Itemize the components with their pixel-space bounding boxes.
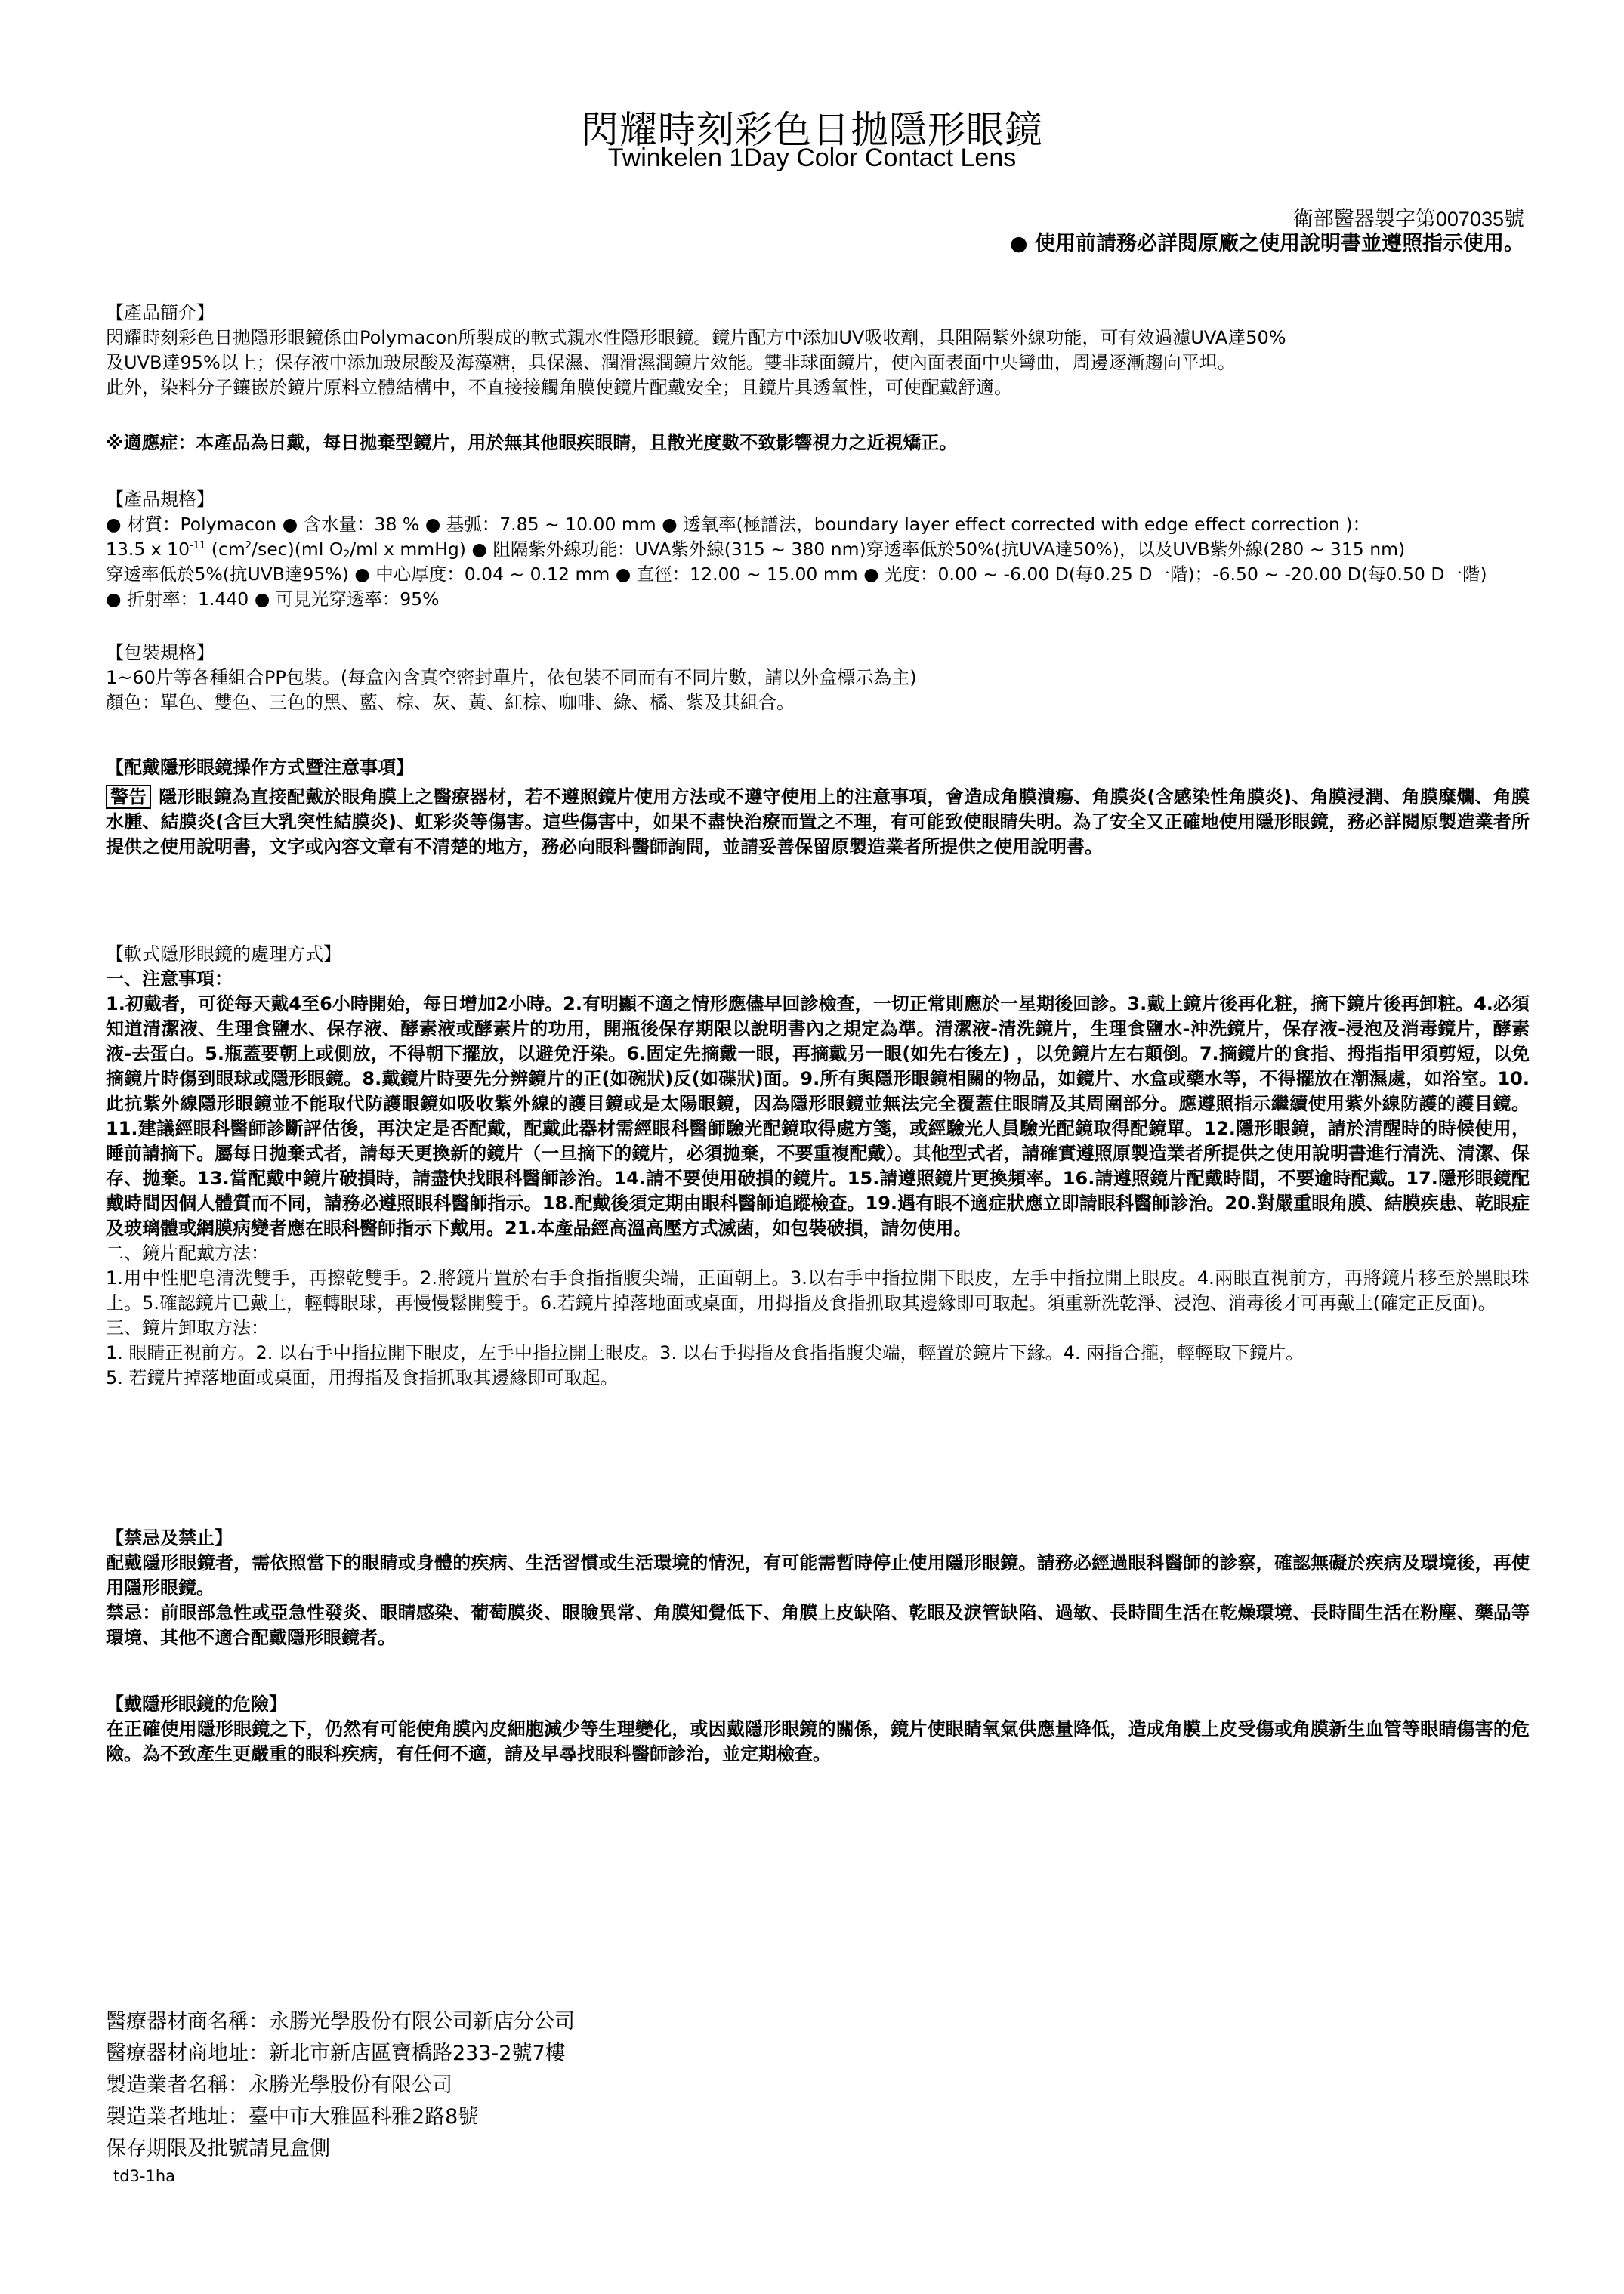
spec-line-2: 13.5 x 10-11 (cm2/sec)(ml O2/ml x mmHg) …: [106, 537, 1530, 562]
wearing-text: 1.用中性肥皂清洗雙手，再擦乾雙手。2.將鏡片置於右手食指指腹尖端，正面朝上。3…: [106, 1266, 1530, 1316]
contraindications-heading: 【禁忌及禁止】: [106, 1526, 1530, 1551]
risks-heading: 【戴隱形眼鏡的危險】: [106, 1692, 1530, 1717]
product-title-en: Twinkelen 1Day Color Contact Lens: [0, 144, 1624, 173]
warning-paragraph: 警告隱形眼鏡為直接配戴於眼角膜上之醫療器材，若不遵照鏡片使用方法或不遵守使用上的…: [106, 785, 1530, 860]
removal-subheading: 三、鏡片卸取方法：: [106, 1316, 1530, 1341]
warning-text: 隱形眼鏡為直接配戴於眼角膜上之醫療器材，若不遵照鏡片使用方法或不遵守使用上的注意…: [106, 786, 1530, 857]
packaging-heading: 【包裝規格】: [106, 641, 1530, 665]
warning-tag: 警告: [106, 785, 151, 809]
spec-uv-block: /ml x mmHg) ● 阻隔紫外線功能：UVA紫外線(315 ~ 380 n…: [350, 539, 1405, 560]
manufacturer-name: 製造業者名稱：永勝光學股份有限公司: [106, 2070, 575, 2101]
contraindications-list: 禁忌：前眼部急性或亞急性發炎、眼睛感染、葡萄膜炎、眼瞼異常、角膜知覺低下、角膜上…: [106, 1601, 1530, 1650]
removal-text: 5. 若鏡片掉落地面或桌面，用拇指及食指抓取其邊緣即可取起。: [106, 1366, 1530, 1391]
spec-dk-unit: /sec)(ml O: [252, 539, 343, 560]
section-packaging: 【包裝規格】 1~60片等各種組合PP包裝。(每盒內含真空密封單片，依包裝不同而…: [106, 641, 1530, 715]
section-risks: 【戴隱形眼鏡的危險】 在正確使用隱形眼鏡之下，仍然有可能使角膜內皮細胞減少等生理…: [106, 1692, 1530, 1767]
section-operation: 【配戴隱形眼鏡操作方式暨注意事項】 警告隱形眼鏡為直接配戴於眼角膜上之醫療器材，…: [106, 755, 1530, 860]
contraindications-text: 配戴隱形眼鏡者，需依照當下的眼睛或身體的疾病、生活習慣或生活環境的情況，有可能需…: [106, 1551, 1530, 1601]
notes-subheading: 一、注意事項：: [106, 967, 1530, 992]
spec-line-1: ● 材質：Polymacon ● 含水量：38 % ● 基弧：7.85 ~ 10…: [106, 512, 1530, 537]
removal-text: 1. 眼睛正視前方。2. 以右手中指拉開下眼皮，左手中指拉開上眼皮。3. 以右手…: [106, 1341, 1530, 1366]
spec-dk-exponent: -11: [190, 540, 205, 551]
spec-dk-unit: (cm: [205, 539, 245, 560]
manufacturer-address: 製造業者地址：臺中市大雅區科雅2路8號: [106, 2101, 575, 2133]
indication: ※適應症：本產品為日戴，每日拋棄型鏡片，用於無其他眼疾眼睛，且散光度數不致影響視…: [106, 431, 1530, 455]
section-intro: 【產品簡介】 閃耀時刻彩色日拋隱形眼鏡係由Polymacon所製成的軟式親水性隱…: [106, 301, 1530, 400]
spec-dk-value: 13.5 x 10: [106, 539, 190, 560]
expiry-note: 保存期限及批號請見盒側: [106, 2133, 575, 2165]
instruction-leaflet: 閃耀時刻彩色日拋隱形眼鏡 Twinkelen 1Day Color Contac…: [0, 0, 1624, 2294]
spec-dk-unit-sup: 2: [245, 540, 252, 551]
intro-line: 此外，染料分子鑲嵌於鏡片原料立體結構中，不直接接觸角膜使鏡片配戴安全；且鏡片具透…: [106, 375, 1530, 400]
spec-dk-unit-sub: 2: [343, 548, 350, 560]
wearing-subheading: 二、鏡片配戴方法：: [106, 1241, 1530, 1266]
intro-heading: 【產品簡介】: [106, 301, 1530, 326]
risks-text: 在正確使用隱形眼鏡之下，仍然有可能使角膜內皮細胞減少等生理變化，或因戴隱形眼鏡的…: [106, 1717, 1530, 1767]
color-options: 顏色：單色、雙色、三色的黑、藍、棕、灰、黃、紅棕、咖啡、綠、橘、紫及其組合。: [106, 690, 1530, 715]
document-code: td3-1ha: [113, 2165, 575, 2187]
specs-heading: 【產品規格】: [106, 487, 1530, 512]
operation-heading: 【配戴隱形眼鏡操作方式暨注意事項】: [106, 755, 1530, 780]
packaging-line: 1~60片等各種組合PP包裝。(每盒內含真空密封單片，依包裝不同而有不同片數，請…: [106, 665, 1530, 690]
intro-line: 閃耀時刻彩色日拋隱形眼鏡係由Polymacon所製成的軟式親水性隱形眼鏡。鏡片配…: [106, 326, 1530, 350]
distributor-address: 醫療器材商地址：新北市新店區寶橋路233-2號7樓: [106, 2038, 575, 2070]
notes-text: 1.初戴者，可從每天戴4至6小時開始，每日增加2小時。2.有明顯不適之情形應儘早…: [106, 992, 1530, 1241]
manufacturer-info: 醫療器材商名稱：永勝光學股份有限公司新店分公司 醫療器材商地址：新北市新店區寶橋…: [106, 2006, 575, 2187]
section-contraindications: 【禁忌及禁止】 配戴隱形眼鏡者，需依照當下的眼睛或身體的疾病、生活習慣或生活環境…: [106, 1526, 1530, 1650]
section-specs: 【產品規格】 ● 材質：Polymacon ● 含水量：38 % ● 基弧：7.…: [106, 487, 1530, 612]
usage-notice: ● 使用前請務必詳閱原廠之使用說明書並遵照指示使用。: [1010, 227, 1524, 256]
distributor-name: 醫療器材商名稱：永勝光學股份有限公司新店分公司: [106, 2006, 575, 2038]
handling-heading: 【軟式隱形眼鏡的處理方式】: [106, 942, 1530, 967]
spec-line-3: 穿透率低於5%(抗UVB達95%) ● 中心厚度：0.04 ~ 0.12 mm …: [106, 562, 1530, 587]
spec-line-4: ● 折射率：1.440 ● 可見光穿透率：95%: [106, 587, 1530, 612]
intro-line: 及UVB達95%以上；保存液中添加玻尿酸及海藻糖，具保濕、潤滑濕潤鏡片效能。雙非…: [106, 350, 1530, 375]
section-handling: 【軟式隱形眼鏡的處理方式】 一、注意事項： 1.初戴者，可從每天戴4至6小時開始…: [106, 942, 1530, 1391]
